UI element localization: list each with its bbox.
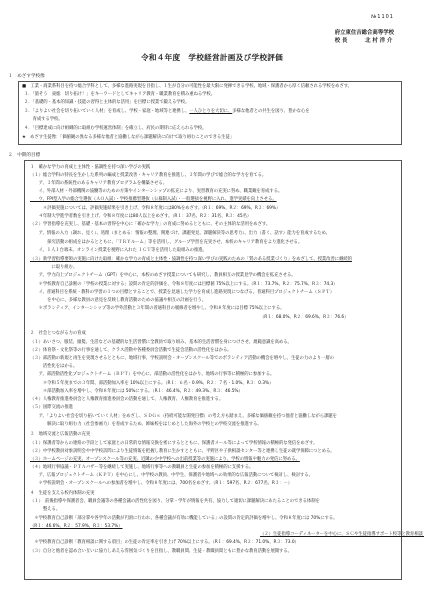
goal-line: （４）地域行事協議・ＰＴＡバザー等を継続して実施し、地域行事等への教職員と生徒の… — [30, 465, 253, 470]
vision-line-3: ３．「よりよい社会を切り拓いていく人材」を育成し、学校・家庭・地域等と連携し、一… — [24, 109, 310, 114]
goal-line: ア、部活動活性化プロジェクトチーム（ＢＰＴ）を中心に、部活動の活性化をはかり、地… — [30, 372, 274, 377]
section2-heading: ２ 中期的目標 — [8, 152, 40, 158]
goal-line: （３）部活動の新規と再生を実現させるとともに、地域行事、学校説明会・オープンスク… — [30, 356, 334, 361]
principal-row: 校 長 北 村 洋 介 — [335, 37, 394, 45]
goal-line: イ、普通科目を系統・教科の学習の１つの目標とすることで、授業を見通した学力を育成… — [30, 290, 334, 295]
goal-line: ＊学校教育自己診断の「学校の授業に対する」設問の肯定的評価を、令和８年度には目標… — [30, 282, 337, 287]
underlined-phrase: 一人ひとりを大切に、 — [189, 109, 232, 114]
school-name: 府立東住吉総合高等学校 — [335, 29, 394, 37]
vision-line: ３．「よりよい社会を切り拓いていく人材」を育成し、学校・家庭・地域等と連携し、一… — [24, 109, 310, 114]
goal-line: イ、外部人材・外部機関の協働等のための方策やインターンシップの拡充により、実習教… — [30, 189, 282, 194]
goal-line: （３）自分と他者を認め合い互いに協力しあえる雰囲気づくりを目指し、教職員間、生徒… — [30, 549, 292, 554]
goal-line: １ 確かな学力の育成と主体性・協調性を持つ深い学びの実践 — [30, 165, 150, 170]
goal-line: 活性化をはかる。 — [30, 364, 77, 369]
goal-line: ＊学校教育自己診断「教育相談に関する項目」の生徒の肯定率を引き上げ 70%以上に… — [30, 540, 299, 545]
principal-name: 北 村 洋 介 — [365, 38, 392, 44]
goal-line: （２）中学校教員対象説明会や中学校訪問により生徒情報を把握し教育に生かすとともに… — [30, 449, 335, 454]
goal-line: （５）国際交流の推進 — [30, 405, 73, 410]
goal-line: ４年制大学進学者数を引き上げ、令和８年度には80人以上をめざす。（R１：37名、… — [30, 214, 251, 219]
goal-line: 整える。 — [30, 507, 60, 512]
goal-line: ＊ボランティア、インターンシップ等の学外活動と３年間の普通科目の履修者を増やし、… — [30, 306, 284, 311]
goal-line: （３）新学習指導要領の実施に向けた取組：確かな学力の育成と主体性・協調性を持つ深… — [30, 257, 352, 262]
goal-line: ア、広報プロジェクトチーム（ＫＰＴ）を中心にし、中学校の教員、中学生、保護者や地… — [30, 473, 313, 478]
goal-line: ＊学校教育自己診断「部分掌や各学年の活動が円滑に行われ、各種会議が有効に機能して… — [30, 516, 337, 521]
vision-line: 育成する学校。 — [24, 117, 63, 122]
student-vision-line: ★ めざす生徒像：「価値観の異なる多様な他者と協働しながら課題解決に向けて取り組… — [22, 135, 234, 140]
vision-line: ■ 工業・商業系科目を持つ総合学科として、多様な進路実現を目指し、１生が自分の可… — [22, 84, 352, 89]
goal-line: （２）生徒指導コーディネーターを中心に、ＳＣや生徒指導サポート校等と教育相談・生… — [260, 532, 424, 537]
goal-line: （４）人権教育推進委員会と人権教育推進委員会の活動を通して、人権教育、人権教育を… — [30, 397, 223, 402]
goal-line: （１）保護者等からの連絡の手段として家庭との日常的な情報交換を密にするとともに、… — [30, 441, 317, 446]
school-block: 府立東住吉総合高等学校 校 長 北 村 洋 介 — [335, 29, 394, 45]
goal-line: （R１：68.0%、R２：69.6%、R３：76.6） — [260, 315, 348, 320]
goal-line: ＊部活動加入率を増やし、令和８年度には 50%にする。（R１：46.4%、R２：… — [30, 389, 243, 394]
goal-line: ア、情報の入力（調れ、見く）、処理（まとめる：情報の整理、関連づけ、課題発見、課… — [30, 231, 330, 236]
vision-line: ２．「基礎的・基本的知識・技能の習得と主体的な活用」を目標に授業で鍛える学校。 — [24, 100, 189, 105]
goal-line: （R１：46.6%、R２：57.9%、R３：53.7%） — [30, 524, 123, 529]
principal-title: 校 長 — [335, 38, 348, 44]
goal-line: ア、学力向上プロジェクトチーム（GPT）を中心に、本校のめざす授業についても研究… — [30, 273, 296, 278]
goal-line: ＊学校説明会・オープンスクールへの参加者を増やし、令和８年度には、700名をめざ… — [30, 481, 292, 486]
goal-line: ４ 生徒を支える校内体制の充実 — [30, 491, 94, 496]
goal-line: （１） 前後指導や保護者会、職員会議等の各種会議の活性化を図り、分掌・学年が情報… — [30, 499, 320, 504]
goal-line: 探究活動の組成をはかるとともに、「ＴＲＹルーム」等を活用し、グループ学習を充実さ… — [30, 240, 302, 245]
goal-line: を中心に、多様な教員の意見を反映し教育活動のための協議や相互の計画を行う。 — [30, 298, 206, 303]
goal-line: （３）ホームページの充実、オープンスクール等の充実、近隣の小中学校への出前授業等… — [30, 457, 300, 462]
goal-line: （２）学習指導を充実し、基礎・基本の習得を中心に「確かな学力」の育成に努めるとと… — [30, 222, 270, 227]
goal-line: ア、「よりよい社会を切り拓いていく人材」をめざし、ＳＤＧｓ（持続可能な開発目標）… — [30, 414, 337, 419]
vision-line: ４．「目標達成に向け組織的に取組む学校運営体制」を確立し、府民の期待に応えられる… — [24, 126, 206, 131]
goal-line: （１）あいさつ、服装、頭髪、生活などの基礎的な生活習慣に全教員で取り組み、基本的… — [30, 340, 292, 345]
goal-line: に取り組む。 — [30, 265, 77, 270]
goal-line: ＊評価実施については、評価実施結果を引き上げ、令和８年度には80%をめざす。（R… — [30, 206, 280, 211]
vision-line: １．「旅そう 東総 切り拓け！」をキーワードとしてキャリア教育・職業教育を積み重… — [24, 92, 215, 97]
section1-heading: １ めざす学校像 — [8, 73, 45, 79]
goal-line: ３ 地域交流と広報活動の充実 — [30, 432, 90, 437]
goal-line: ウ、FPI型入学の総合生選抜（ＡＯ入試）・学校推薦型選抜（公募制入試）・一般選抜… — [30, 197, 277, 202]
goal-line: （２）体育祭・文化祭等の行事を通して、クラス活動や各種委員会活動で生徒会活動の活… — [30, 348, 232, 353]
goal-line: ＊令和５年度までの３年間、部活動加入率を 10%以上にする。（R１：６名・0.9… — [30, 381, 273, 386]
goal-line: イ、１人１台端末、オンライン授業を視野に入れた ＩＣＴ等を活用した取組みの推進。 — [30, 248, 207, 253]
goal-line: ア、３年間の系統性のあるキャリア教育プログラムを構築させる。 — [30, 181, 167, 186]
document-title: 令和４年度 学校経営計画及び学校評価 — [0, 52, 424, 63]
doc-number: №1101 — [371, 14, 394, 20]
goal-line: ２ 社会とつながる力の育成 — [30, 331, 86, 336]
goal-line: （１）総合学科の特長を生かした系列の編成と授業改善・キャリア教育を推進し、３年間… — [30, 173, 266, 178]
goal-line: 解決に取り組む力（社会参画力）を育成するため、姉妹校をはじめとした海外の学校との… — [30, 422, 262, 427]
